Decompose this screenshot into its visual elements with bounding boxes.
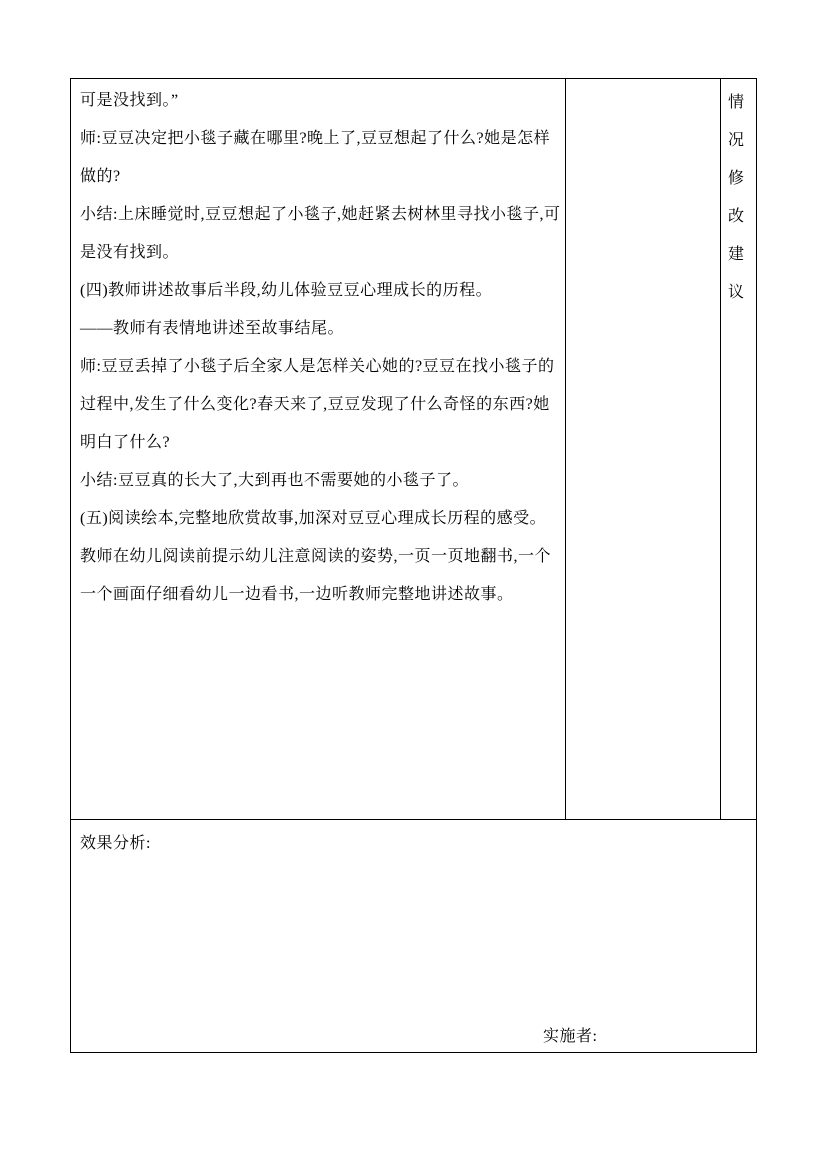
content-paragraph: 小结:豆豆真的长大了,大到再也不需要她的小毯子了。: [80, 462, 561, 500]
empty-notes-cell: [566, 79, 721, 819]
content-paragraph: 师:豆豆决定把小毯子藏在哪里?晚上了,豆豆想起了什么?她是怎样做的?: [80, 120, 561, 196]
content-paragraph: (五)阅读绘本,完整地欣赏故事,加深对豆豆心理成长历程的感受。: [80, 500, 561, 538]
content-paragraph: 师:豆豆丢掉了小毯子后全家人是怎样关心她的?豆豆在找小毯子的过程中,发生了什么变…: [80, 348, 561, 462]
content-paragraph: 可是没找到。”: [80, 82, 561, 120]
document-page: 可是没找到。”师:豆豆决定把小毯子藏在哪里?晚上了,豆豆想起了什么?她是怎样做的…: [0, 0, 827, 1170]
lesson-content-cell: 可是没找到。”师:豆豆决定把小毯子藏在哪里?晚上了,豆豆想起了什么?她是怎样做的…: [71, 79, 566, 819]
effect-analysis-row: 效果分析: 实施者:: [71, 820, 756, 1052]
revision-suggestion-cell: 情况修改建议: [721, 79, 756, 819]
implementer-label: 实施者:: [543, 1027, 597, 1047]
effect-analysis-label: 效果分析:: [71, 820, 756, 863]
revision-suggestion-label: 情况修改建议: [728, 84, 746, 312]
content-paragraph: 教师在幼儿阅读前提示幼儿注意阅读的姿势,一页一页地翻书,一个一个画面仔细看幼儿一…: [80, 538, 561, 614]
lesson-plan-table: 可是没找到。”师:豆豆决定把小毯子藏在哪里?晚上了,豆豆想起了什么?她是怎样做的…: [70, 78, 757, 1053]
lesson-content-row: 可是没找到。”师:豆豆决定把小毯子藏在哪里?晚上了,豆豆想起了什么?她是怎样做的…: [71, 79, 756, 820]
content-paragraph: 小结:上床睡觉时,豆豆想起了小毯子,她赶紧去树林里寻找小毯子,可是没有找到。: [80, 196, 561, 272]
content-paragraph: ——教师有表情地讲述至故事结尾。: [80, 310, 561, 348]
content-paragraph: (四)教师讲述故事后半段,幼儿体验豆豆心理成长的历程。: [80, 272, 561, 310]
